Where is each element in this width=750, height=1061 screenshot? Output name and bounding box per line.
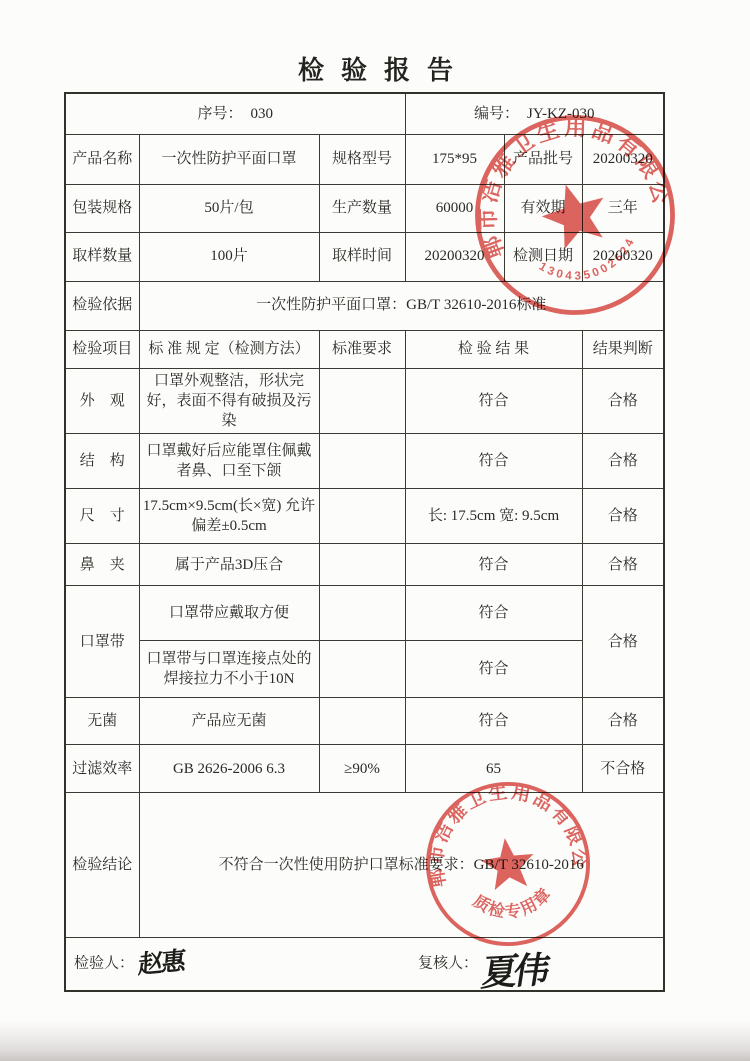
test-requirement [319, 434, 405, 489]
test-judgment: 合格 [582, 586, 664, 698]
test-spec: 口罩外观整洁，形状完好，表面不得有破损及污染 [139, 368, 319, 434]
inspector-label: 检验人： [74, 955, 134, 971]
table-row: 外 观 口罩外观整洁，形状完好，表面不得有破损及污染 符合 合格 [65, 368, 664, 434]
test-item: 过滤效率 [65, 745, 139, 793]
sample-time-value: 20200320 [405, 232, 504, 281]
test-requirement [319, 586, 405, 641]
conclusion-value: 不符合一次性使用防护口罩标准要求：GB/T 32610-2016 [139, 793, 664, 938]
batch-value: 20200320 [582, 134, 664, 184]
table-row: 包装规格 50片/包 生产数量 60000 有效期 三年 [65, 184, 664, 232]
conclusion-label: 检验结论 [65, 793, 139, 938]
test-item: 口罩带 [65, 586, 139, 698]
serial-label: 序号： [197, 106, 242, 122]
test-result: 长: 17.5cm 宽: 9.5cm [405, 489, 582, 544]
test-result: 65 [405, 745, 582, 793]
test-judgment: 不合格 [582, 745, 664, 793]
code-label: 编号： [474, 106, 519, 122]
validity-value: 三年 [582, 184, 664, 232]
reviewer-signature: 夏伟 [478, 946, 550, 998]
table-row: 口罩带 口罩带应戴取方便 符合 合格 [65, 586, 664, 641]
test-requirement [319, 698, 405, 745]
test-judgment: 合格 [582, 698, 664, 745]
serial-cell: 序号：030 [65, 93, 405, 134]
product-name-value: 一次性防护平面口罩 [139, 134, 319, 184]
reviewer-signature-group: 复核人：夏伟 [418, 940, 546, 989]
production-qty-value: 60000 [405, 184, 504, 232]
test-spec: 17.5cm×9.5cm(长×宽) 允许偏差±0.5cm [139, 489, 319, 544]
scan-edge-shadow [0, 1021, 750, 1061]
table-header-row: 检验项目 标 准 规 定（检测方法） 标准要求 检 验 结 果 结果判断 [65, 330, 664, 368]
test-result: 符合 [405, 641, 582, 698]
table-row: 尺 寸 17.5cm×9.5cm(长×宽) 允许偏差±0.5cm 长: 17.5… [65, 489, 664, 544]
product-name-label: 产品名称 [65, 134, 139, 184]
spec-model-label: 规格型号 [319, 134, 405, 184]
table-row: 无菌 产品应无菌 符合 合格 [65, 698, 664, 745]
package-spec-label: 包装规格 [65, 184, 139, 232]
code-value: JY-KZ-030 [527, 106, 595, 122]
test-requirement [319, 641, 405, 698]
header-requirement: 标准要求 [319, 330, 405, 368]
test-result: 符合 [405, 586, 582, 641]
table-row: 检验结论 不符合一次性使用防护口罩标准要求：GB/T 32610-2016 [65, 793, 664, 938]
spec-model-value: 175*95 [405, 134, 504, 184]
header-spec: 标 准 规 定（检测方法） [139, 330, 319, 368]
test-judgment: 合格 [582, 489, 664, 544]
test-judgment: 合格 [582, 434, 664, 489]
test-spec: 口罩带应戴取方便 [139, 586, 319, 641]
inspector-signature: 赵惠 [137, 945, 185, 983]
table-row: 口罩带与口罩连接点处的焊接拉力不小于10N 符合 [65, 641, 664, 698]
sample-qty-label: 取样数量 [65, 232, 139, 281]
page-title: 检验报告 [9, 50, 750, 87]
test-requirement: ≥90% [319, 745, 405, 793]
test-item: 尺 寸 [65, 489, 139, 544]
test-requirement [319, 368, 405, 434]
test-result: 符合 [405, 368, 582, 434]
production-qty-label: 生产数量 [319, 184, 405, 232]
batch-label: 产品批号 [504, 134, 582, 184]
table-row: 序号：030 编号：JY-KZ-030 [65, 93, 664, 134]
validity-label: 有效期 [504, 184, 582, 232]
test-judgment: 合格 [582, 368, 664, 434]
test-item: 外 观 [65, 368, 139, 434]
test-requirement [319, 544, 405, 586]
scanned-report-page: 检验报告 序号：030 编号：JY-KZ-030 产品名称 一次性防护平面口罩 … [0, 0, 750, 1061]
test-spec: 口罩带与口罩连接点处的焊接拉力不小于10N [139, 641, 319, 698]
reviewer-label: 复核人： [418, 955, 478, 971]
code-cell: 编号：JY-KZ-030 [405, 93, 664, 134]
test-result: 符合 [405, 544, 582, 586]
serial-value: 030 [251, 106, 274, 122]
test-date-value: 20200320 [582, 232, 664, 281]
inspection-report-table: 序号：030 编号：JY-KZ-030 产品名称 一次性防护平面口罩 规格型号 … [64, 92, 665, 992]
test-judgment: 合格 [582, 544, 664, 586]
test-date-label: 检测日期 [504, 232, 582, 281]
test-requirement [319, 489, 405, 544]
signature-row-cell: 检验人：赵惠 复核人：夏伟 [65, 938, 664, 991]
basis-value: 一次性防护平面口罩：GB/T 32610-2016标准 [139, 281, 664, 330]
test-spec: 属于产品3D压合 [139, 544, 319, 586]
test-item: 无菌 [65, 698, 139, 745]
header-judgment: 结果判断 [582, 330, 664, 368]
table-row: 取样数量 100片 取样时间 20200320 检测日期 20200320 [65, 232, 664, 281]
test-result: 符合 [405, 698, 582, 745]
header-item: 检验项目 [65, 330, 139, 368]
table-row: 鼻 夹 属于产品3D压合 符合 合格 [65, 544, 664, 586]
inspector-signature-group: 检验人：赵惠 [74, 947, 184, 981]
test-item: 鼻 夹 [65, 544, 139, 586]
table-row: 结 构 口罩戴好后应能罩住佩戴者鼻、口至下颌 符合 合格 [65, 434, 664, 489]
basis-label: 检验依据 [65, 281, 139, 330]
test-result: 符合 [405, 434, 582, 489]
table-row: 检验依据 一次性防护平面口罩：GB/T 32610-2016标准 [65, 281, 664, 330]
package-spec-value: 50片/包 [139, 184, 319, 232]
test-item: 结 构 [65, 434, 139, 489]
header-result: 检 验 结 果 [405, 330, 582, 368]
test-spec: 口罩戴好后应能罩住佩戴者鼻、口至下颌 [139, 434, 319, 489]
test-spec: 产品应无菌 [139, 698, 319, 745]
sample-time-label: 取样时间 [319, 232, 405, 281]
sample-qty-value: 100片 [139, 232, 319, 281]
test-spec: GB 2626-2006 6.3 [139, 745, 319, 793]
table-row: 产品名称 一次性防护平面口罩 规格型号 175*95 产品批号 20200320 [65, 134, 664, 184]
table-row: 检验人：赵惠 复核人：夏伟 [65, 938, 664, 991]
table-row: 过滤效率 GB 2626-2006 6.3 ≥90% 65 不合格 [65, 745, 664, 793]
